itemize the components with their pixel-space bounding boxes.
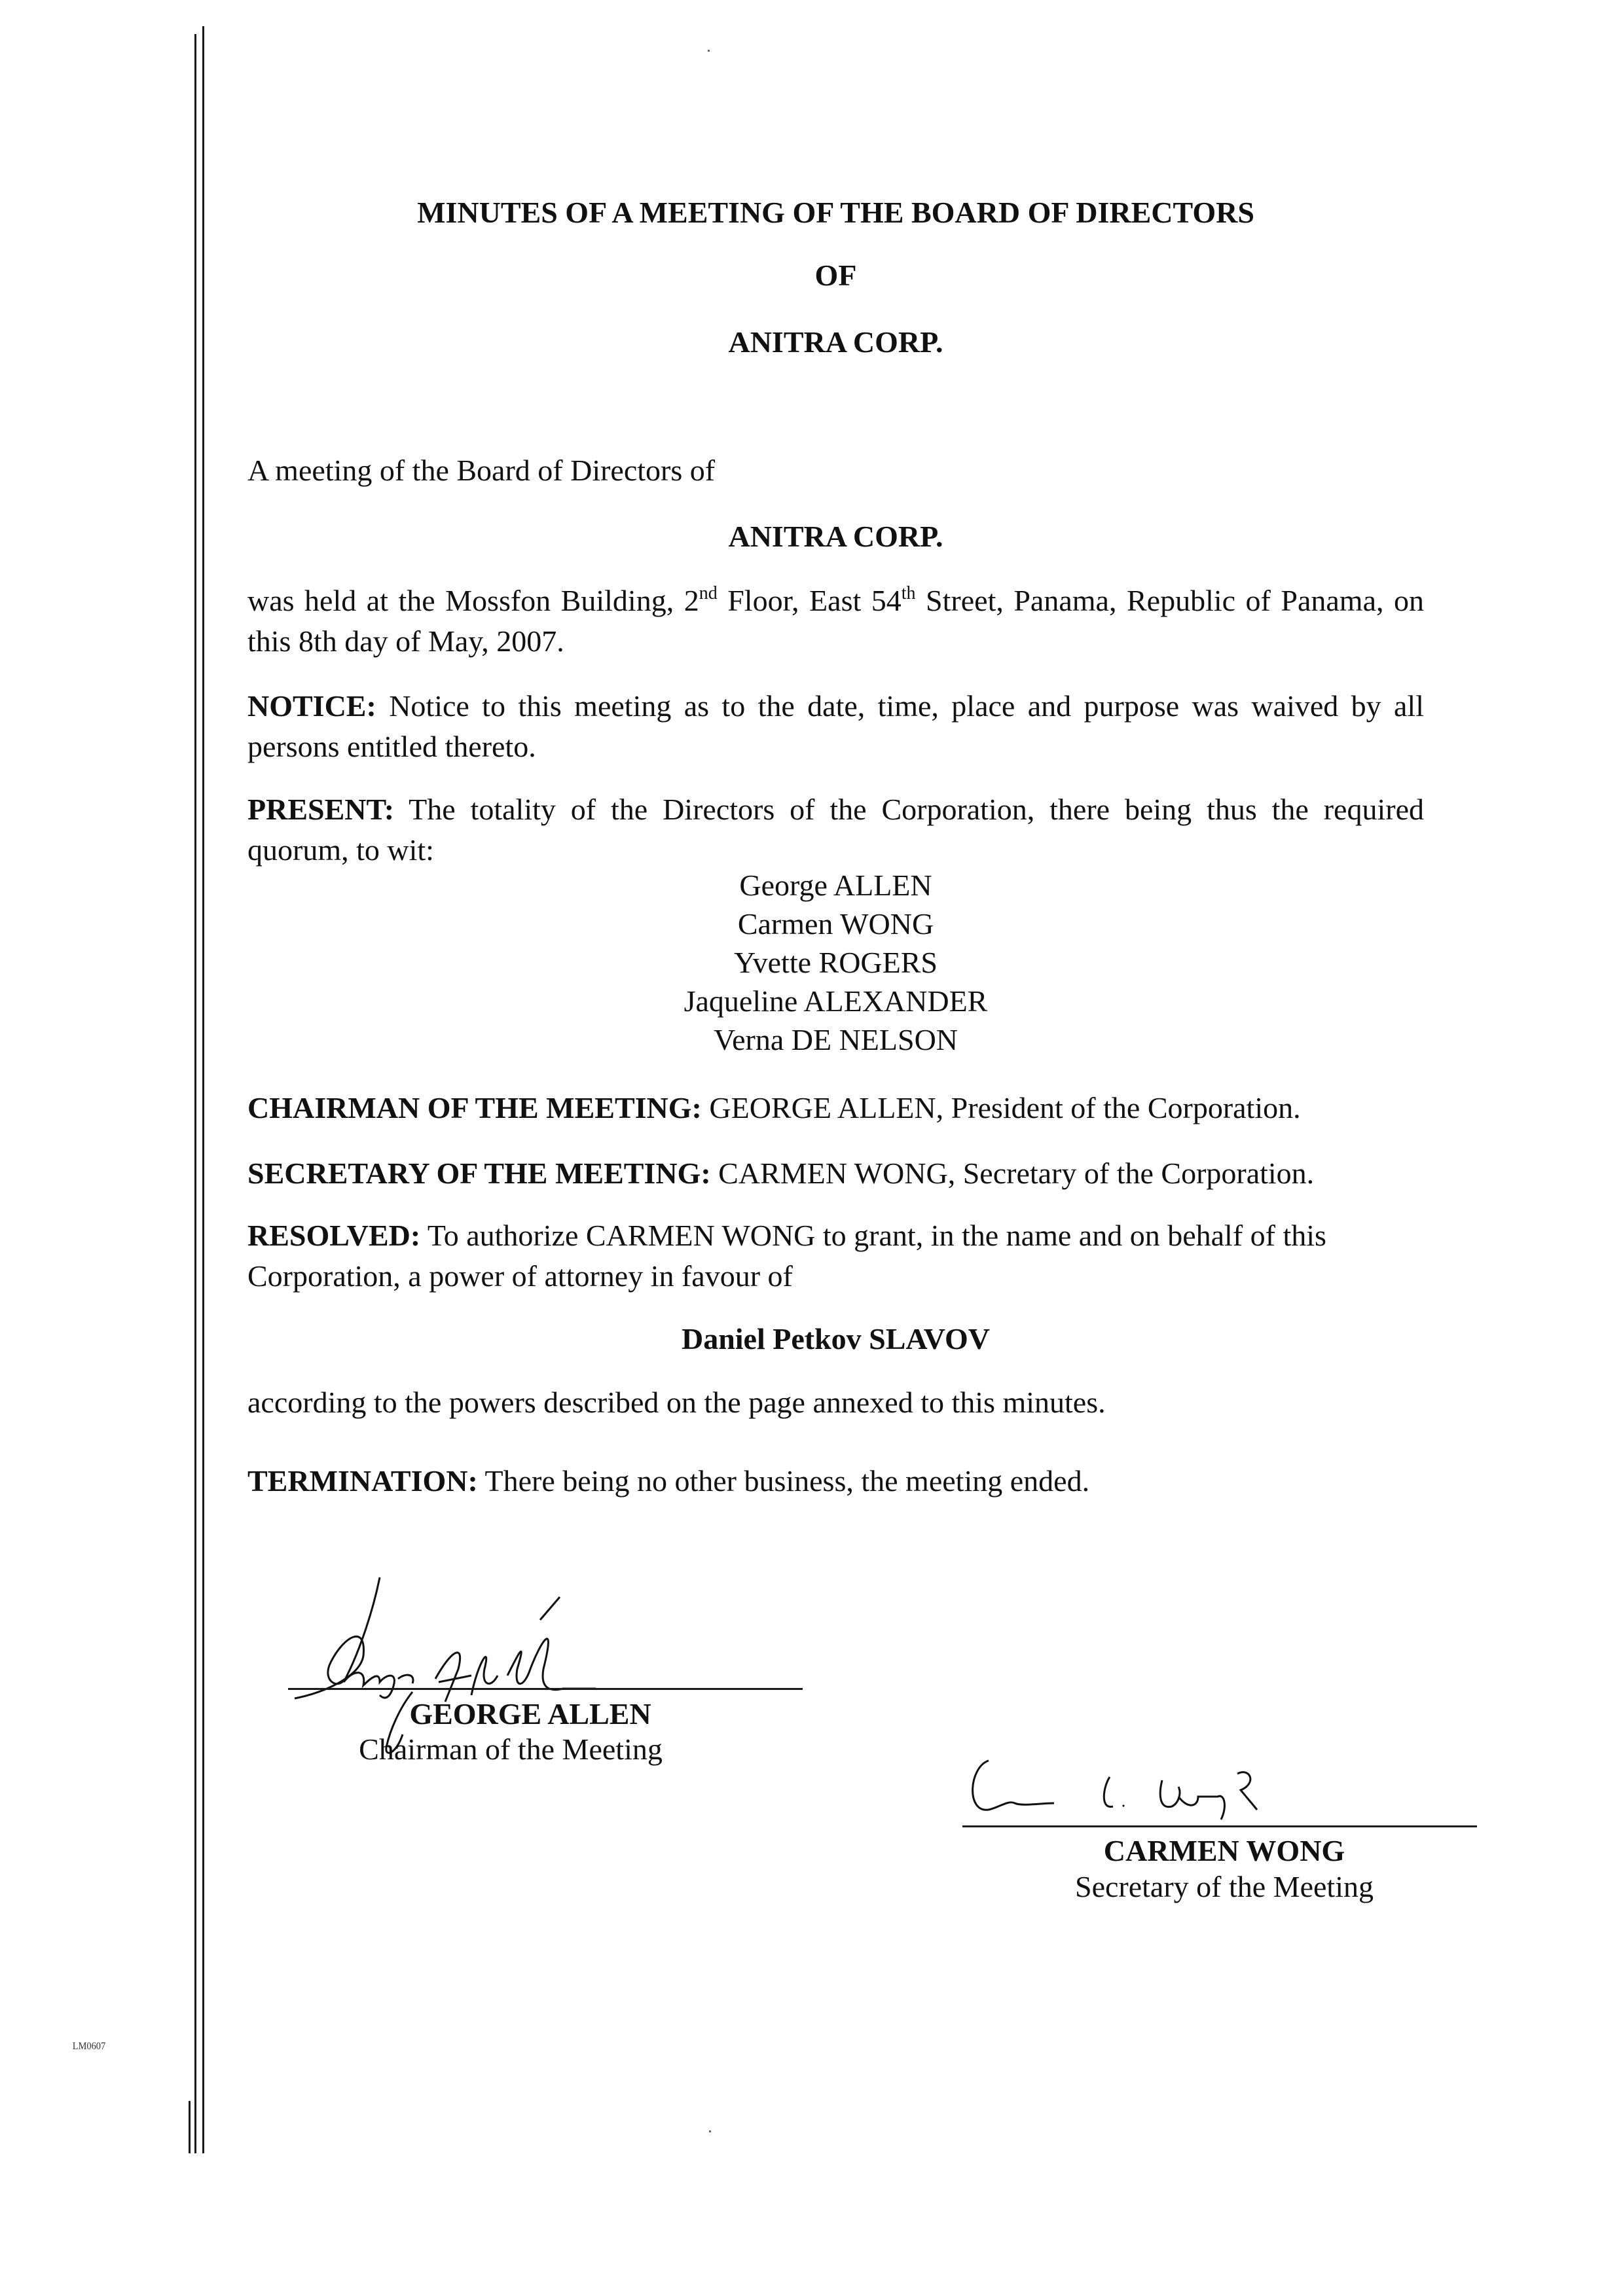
document-title-of: OF <box>247 260 1424 291</box>
chairman-signature-line <box>288 1688 803 1690</box>
venue-sup-2: th <box>902 583 916 603</box>
scan-speck <box>708 50 710 52</box>
director-name: Carmen WONG <box>247 909 1424 939</box>
venue-text-1: was held at the Mossfon Building, 2 <box>247 584 699 617</box>
company-name: ANITRA CORP. <box>247 522 1424 552</box>
secretary-signature-line <box>962 1825 1477 1827</box>
scan-speck <box>709 2130 711 2132</box>
secretary-line: SECRETARY OF THE MEETING: CARMEN WONG, S… <box>247 1158 1314 1189</box>
notice-label: NOTICE: <box>247 689 376 723</box>
secretary-signature <box>949 1748 1342 1826</box>
secretary-label: SECRETARY OF THE MEETING: <box>247 1157 711 1190</box>
notice-paragraph: NOTICE: Notice to this meeting as to the… <box>247 686 1424 767</box>
secretary-sign-role: Secretary of the Meeting <box>1021 1872 1427 1902</box>
termination-text: There being no other business, the meeti… <box>478 1464 1089 1498</box>
chairman-text: GEORGE ALLEN, President of the Corporati… <box>702 1091 1301 1124</box>
notice-text: Notice to this meeting as to the date, t… <box>247 689 1424 763</box>
venue-paragraph: was held at the Mossfon Building, 2nd Fl… <box>247 581 1424 662</box>
resolved-paragraph: RESOLVED: To authorize CARMEN WONG to gr… <box>247 1215 1424 1297</box>
binder-line-left <box>194 34 196 2153</box>
margin-reference-code: LM0607 <box>73 2041 105 2053</box>
according-text: according to the powers described on the… <box>247 1388 1106 1418</box>
director-name: Verna DE NELSON <box>247 1025 1424 1055</box>
chairman-line: CHAIRMAN OF THE MEETING: GEORGE ALLEN, P… <box>247 1093 1301 1123</box>
present-text: The totality of the Directors of the Cor… <box>247 793 1424 867</box>
venue-sup-1: nd <box>699 583 718 603</box>
chairman-label: CHAIRMAN OF THE MEETING: <box>247 1091 702 1124</box>
director-name: George ALLEN <box>247 870 1424 901</box>
chairman-sign-name: GEORGE ALLEN <box>380 1699 681 1729</box>
venue-text-2: Floor, East 54 <box>718 584 902 617</box>
intro-text: A meeting of the Board of Directors of <box>247 456 715 486</box>
binder-line-left-lower <box>189 2101 191 2153</box>
attorney-name: Daniel Petkov SLAVOV <box>247 1324 1424 1354</box>
secretary-text: CARMEN WONG, Secretary of the Corporatio… <box>711 1157 1315 1190</box>
present-paragraph: PRESENT: The totality of the Directors o… <box>247 789 1424 870</box>
director-name: Jaqueline ALEXANDER <box>247 986 1424 1016</box>
present-label: PRESENT: <box>247 793 394 826</box>
chairman-sign-role: Chairman of the Meeting <box>301 1734 720 1765</box>
document-title: MINUTES OF A MEETING OF THE BOARD OF DIR… <box>247 198 1424 228</box>
binder-line-right <box>202 26 204 2153</box>
termination-line: TERMINATION: There being no other busine… <box>247 1466 1089 1496</box>
document-title-company: ANITRA CORP. <box>247 327 1424 357</box>
secretary-sign-name: CARMEN WONG <box>1061 1836 1388 1866</box>
director-name: Yvette ROGERS <box>247 948 1424 978</box>
resolved-label: RESOLVED: <box>247 1219 420 1252</box>
termination-label: TERMINATION: <box>247 1464 478 1498</box>
